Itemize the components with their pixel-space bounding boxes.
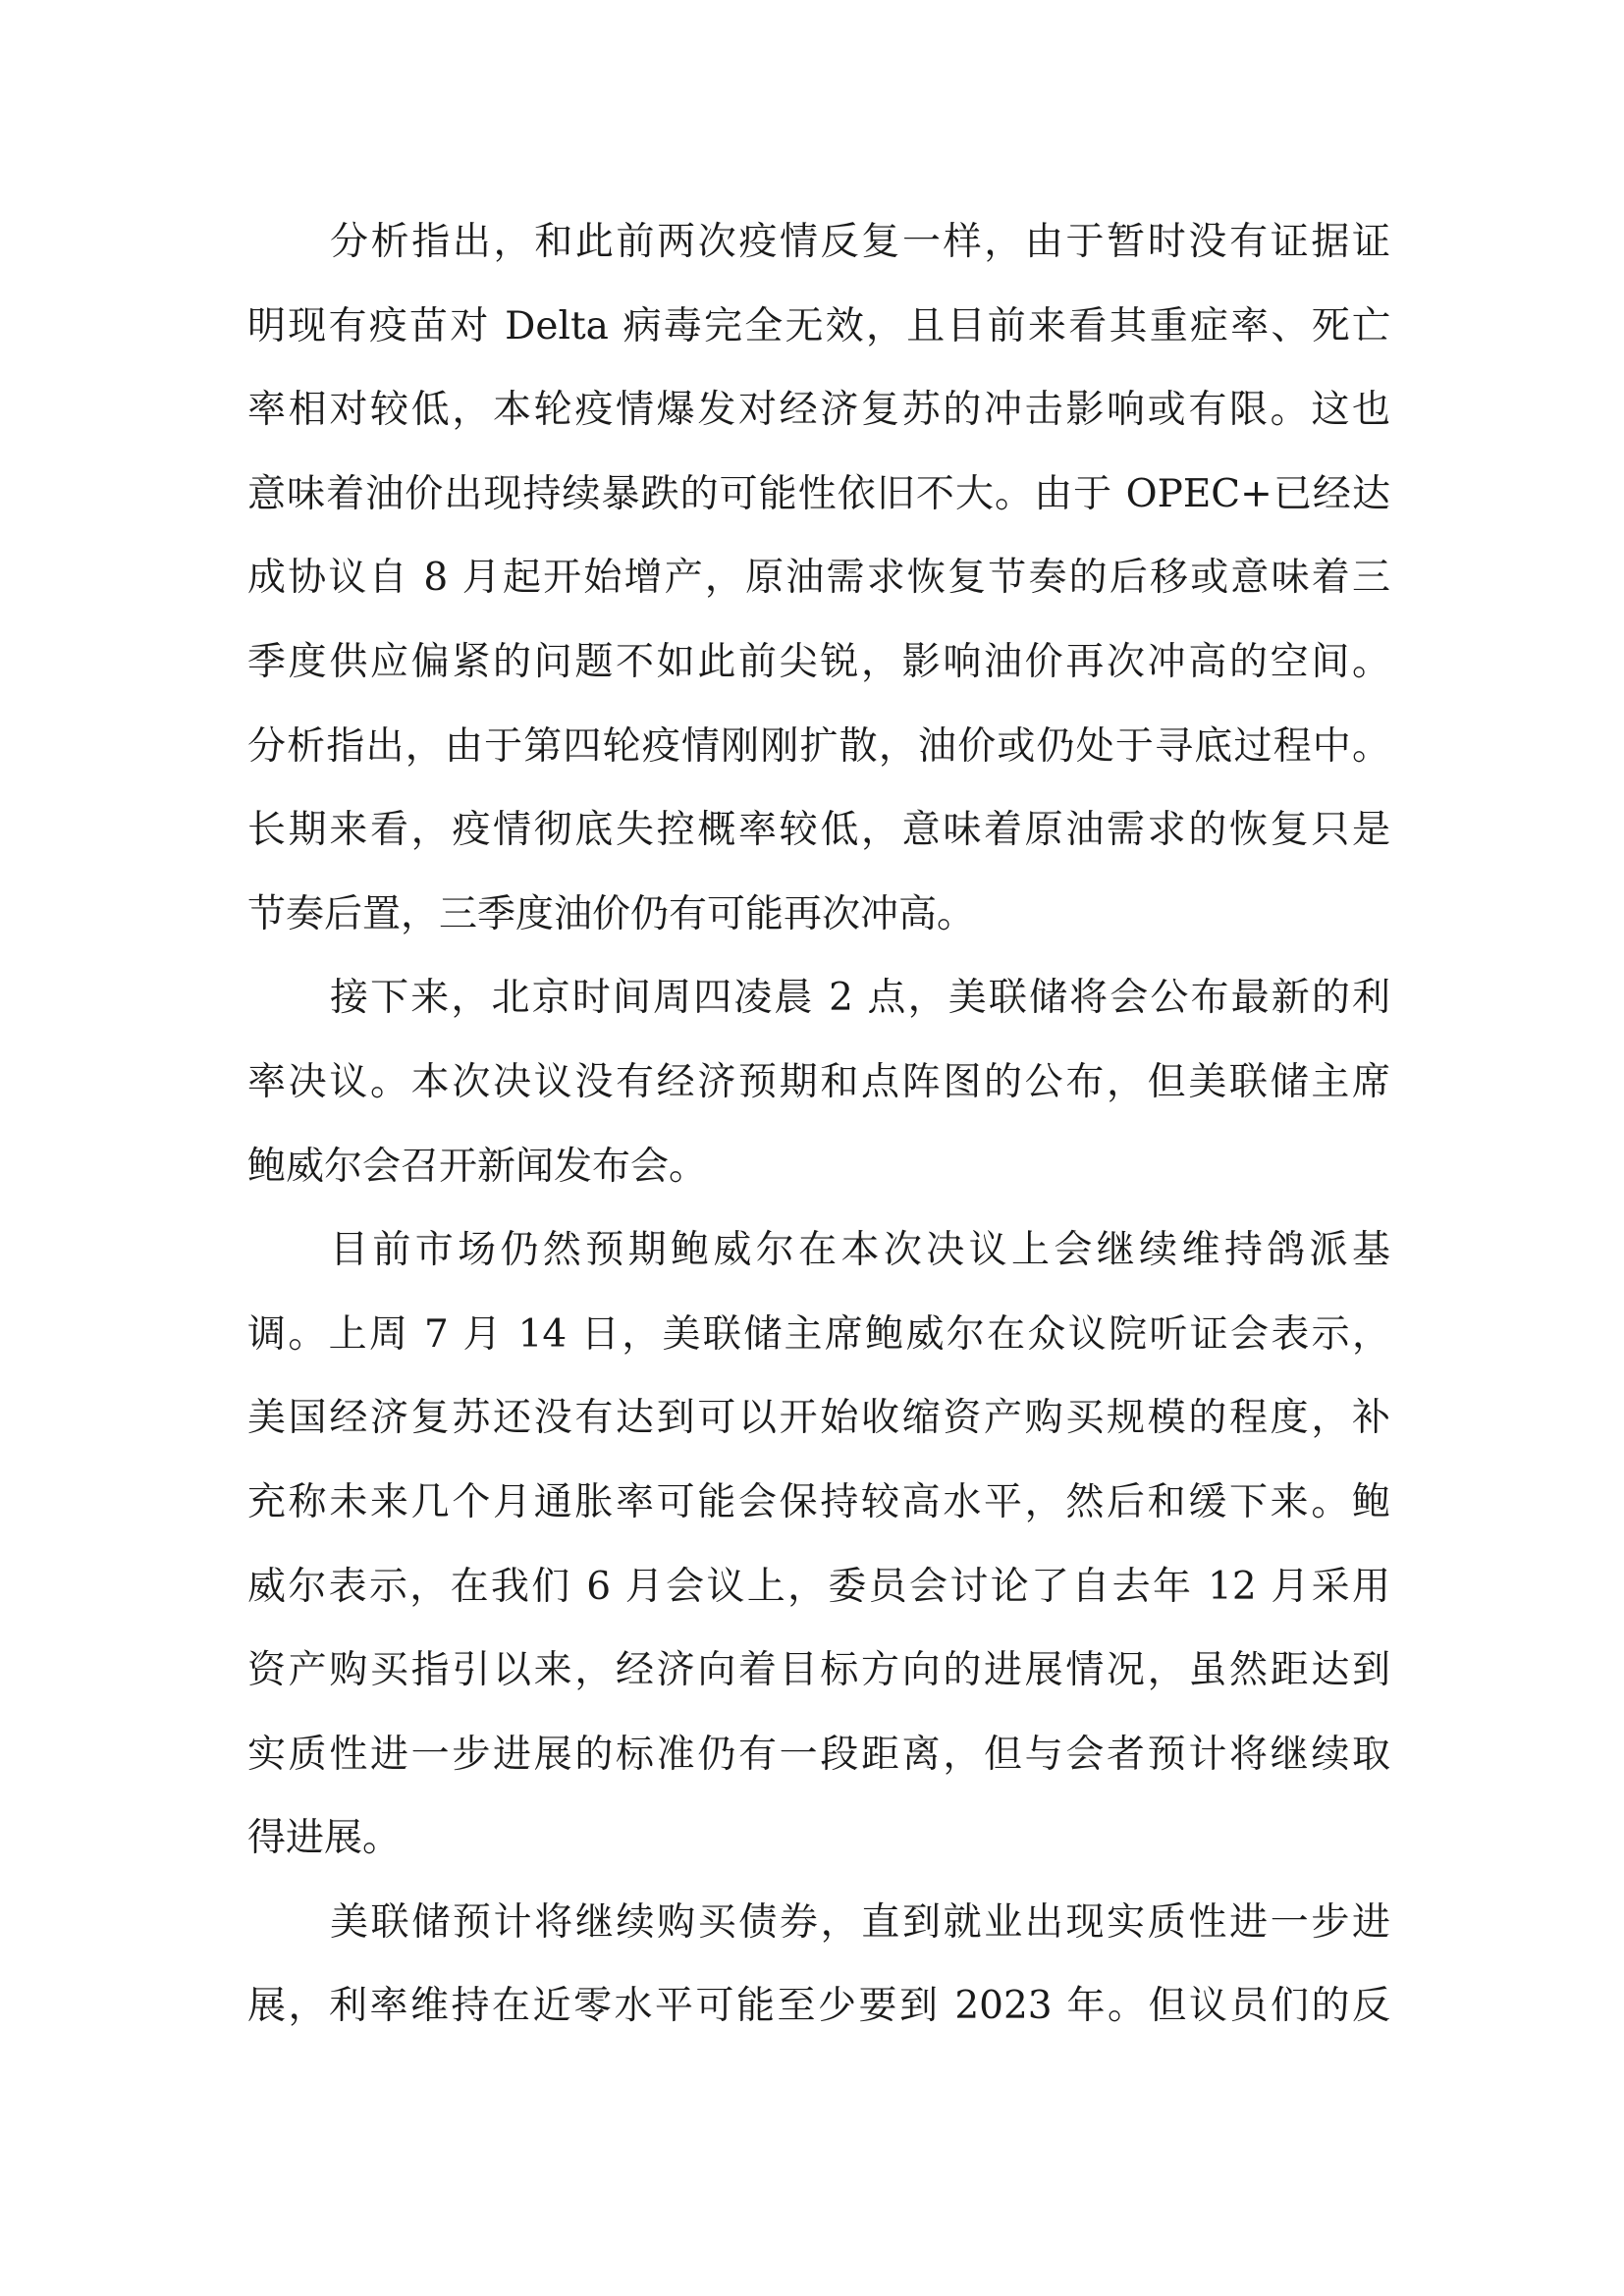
text-line: 调。上周 7 月 14 日，美联储主席鲍威尔在众议院听证会表示， bbox=[247, 1293, 1390, 1377]
paragraph-oil-analysis: 分析指出，和此前两次疫情反复一样，由于暂时没有证据证 明现有疫苗对 Delta … bbox=[247, 200, 1390, 956]
text-line: 充称未来几个月通胀率可能会保持较高水平，然后和缓下来。鲍 bbox=[247, 1461, 1390, 1545]
text-line: 率决议。本次决议没有经济预期和点阵图的公布，但美联储主席 bbox=[247, 1041, 1390, 1125]
paragraph-bond-purchases: 美联储预计将继续购买债券，直到就业出现实质性进一步进 展，利率维持在近零水平可能… bbox=[247, 1881, 1390, 2049]
text-line: 成协议自 8 月起开始增产，原油需求恢复节奏的后移或意味着三 bbox=[247, 536, 1390, 620]
text-line: 鲍威尔会召开新闻发布会。 bbox=[247, 1125, 1390, 1209]
text-line: 得进展。 bbox=[247, 1796, 1390, 1881]
text-line: 率相对较低，本轮疫情爆发对经济复苏的冲击影响或有限。这也 bbox=[247, 368, 1390, 453]
text-line: 分析指出，由于第四轮疫情刚刚扩散，油价或仍处于寻底过程中。 bbox=[247, 705, 1390, 789]
text-line: 意味着油价出现持续暴跌的可能性依旧不大。由于 OPEC+已经达 bbox=[247, 453, 1390, 537]
text-line: 资产购买指引以来，经济向着目标方向的进展情况，虽然距达到 bbox=[247, 1629, 1390, 1713]
document-page: 分析指出，和此前两次疫情反复一样，由于暂时没有证据证 明现有疫苗对 Delta … bbox=[247, 200, 1390, 2049]
text-line: 季度供应偏紧的问题不如此前尖锐，影响油价再次冲高的空间。 bbox=[247, 620, 1390, 705]
text-line: 目前市场仍然预期鲍威尔在本次决议上会继续维持鸽派基 bbox=[247, 1208, 1390, 1293]
text-line: 展，利率维持在近零水平可能至少要到 2023 年。但议员们的反 bbox=[247, 1964, 1390, 2049]
paragraph-powell-testimony: 目前市场仍然预期鲍威尔在本次决议上会继续维持鸽派基 调。上周 7 月 14 日，… bbox=[247, 1208, 1390, 1881]
text-line: 接下来，北京时间周四凌晨 2 点，美联储将会公布最新的利 bbox=[247, 956, 1390, 1041]
text-line: 节奏后置，三季度油价仍有可能再次冲高。 bbox=[247, 873, 1390, 957]
text-line: 分析指出，和此前两次疫情反复一样，由于暂时没有证据证 bbox=[247, 200, 1390, 285]
text-line: 长期来看，疫情彻底失控概率较低，意味着原油需求的恢复只是 bbox=[247, 788, 1390, 873]
text-line: 明现有疫苗对 Delta 病毒完全无效，且目前来看其重症率、死亡 bbox=[247, 285, 1390, 369]
text-line: 实质性进一步进展的标准仍有一段距离，但与会者预计将继续取 bbox=[247, 1713, 1390, 1797]
text-line: 美国经济复苏还没有达到可以开始收缩资产购买规模的程度，补 bbox=[247, 1376, 1390, 1461]
text-line: 美联储预计将继续购买债券，直到就业出现实质性进一步进 bbox=[247, 1881, 1390, 1965]
text-line: 威尔表示，在我们 6 月会议上，委员会讨论了自去年 12 月采用 bbox=[247, 1545, 1390, 1629]
paragraph-fed-decision: 接下来，北京时间周四凌晨 2 点，美联储将会公布最新的利 率决议。本次决议没有经… bbox=[247, 956, 1390, 1208]
